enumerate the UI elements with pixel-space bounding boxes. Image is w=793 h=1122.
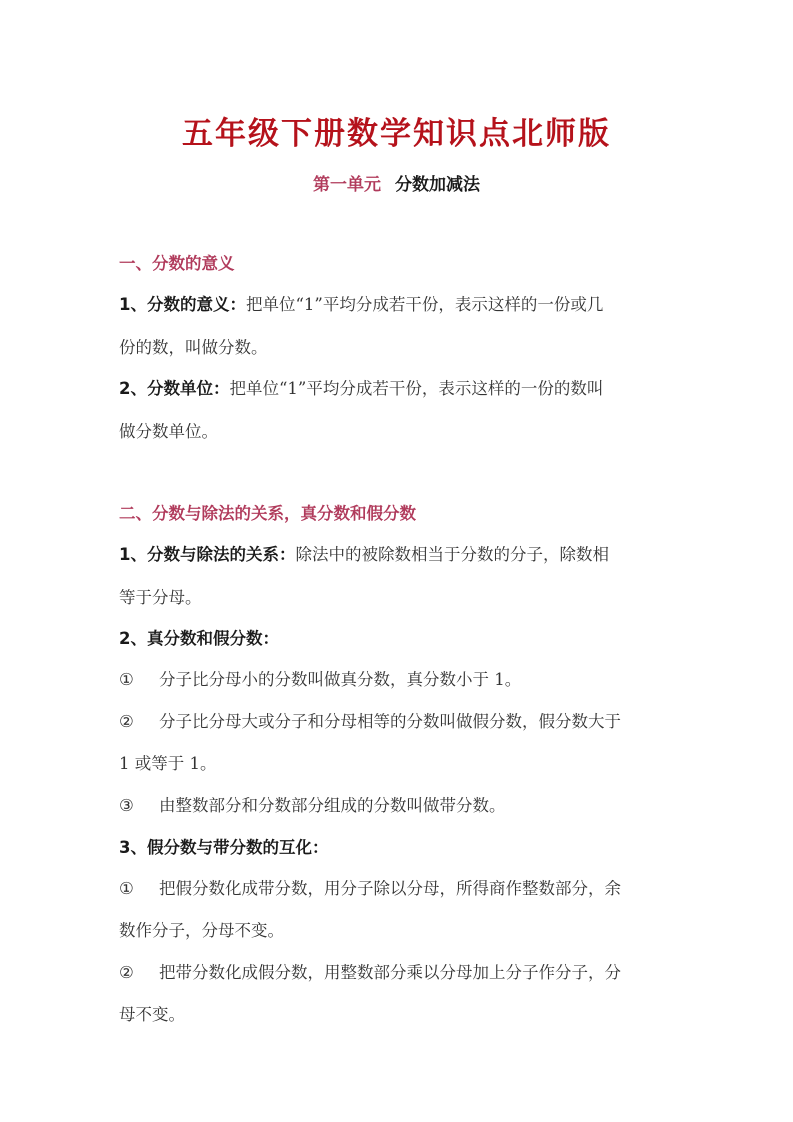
document-title: 五年级下册数学知识点北师版 (0, 108, 793, 153)
document-page: 五年级下册数学知识点北师版 第一单元分数加减法 一、分数的意义 1、分数的意义：… (0, 0, 793, 1122)
definition-text: 把单位“1”平均分成若干份，表示这样的一份的数叫 (229, 379, 603, 398)
definition-continuation: 做分数单位。 (119, 420, 679, 444)
point-text: 把假分数化成带分数，用分子除以分母，所得商作整数部分，余 (159, 879, 621, 898)
circled-number-marker: ② (119, 961, 159, 985)
list-point: ①把假分数化成带分数，用分子除以分母，所得商作整数部分，余 (119, 877, 679, 901)
point-continuation: 母不变。 (119, 1003, 679, 1027)
section-heading-2: 二、分数与除法的关系，真分数和假分数 (119, 502, 679, 526)
point-text: 分子比分母大或分子和分母相等的分数叫做假分数，假分数大于 (159, 712, 621, 731)
definition-text: 把单位“1”平均分成若干份，表示这样的一份或几 (246, 295, 603, 314)
term-label: 2、真分数和假分数： (119, 627, 679, 651)
list-point: ②把带分数化成假分数，用整数部分乘以分母加上分子作分子，分 (119, 961, 679, 985)
unit-topic: 分数加减法 (395, 175, 480, 195)
definition-line: 1、分数的意义：把单位“1”平均分成若干份，表示这样的一份或几 (119, 293, 679, 317)
term-label: 3、假分数与带分数的互化： (119, 836, 679, 860)
circled-number-marker: ③ (119, 794, 159, 818)
point-text: 由整数部分和分数部分组成的分数叫做带分数。 (159, 796, 506, 815)
term-label: 1、分数的意义： (119, 295, 246, 314)
term-label: 2、分数单位： (119, 379, 229, 398)
circled-number-marker: ① (119, 877, 159, 901)
section-heading-1: 一、分数的意义 (119, 252, 679, 276)
list-point: ①分子比分母小的分数叫做真分数，真分数小于 1。 (119, 668, 679, 692)
definition-continuation: 等于分母。 (119, 586, 679, 610)
definition-line: 2、分数单位：把单位“1”平均分成若干份，表示这样的一份的数叫 (119, 377, 679, 401)
point-text: 分子比分母小的分数叫做真分数，真分数小于 1。 (159, 670, 521, 689)
term-label: 1、分数与除法的关系： (119, 545, 295, 564)
unit-subtitle: 第一单元分数加减法 (0, 170, 793, 195)
definition-line: 1、分数与除法的关系：除法中的被除数相当于分数的分子，除数相 (119, 543, 679, 567)
list-point: ②分子比分母大或分子和分母相等的分数叫做假分数，假分数大于 (119, 710, 679, 734)
point-continuation: 数作分子，分母不变。 (119, 919, 679, 943)
definition-continuation: 份的数，叫做分数。 (119, 336, 679, 360)
list-point: ③由整数部分和分数部分组成的分数叫做带分数。 (119, 794, 679, 818)
definition-text: 除法中的被除数相当于分数的分子，除数相 (295, 545, 609, 564)
circled-number-marker: ② (119, 710, 159, 734)
circled-number-marker: ① (119, 668, 159, 692)
point-continuation: 1 或等于 1。 (119, 752, 679, 776)
unit-label: 第一单元 (313, 175, 381, 195)
point-text: 把带分数化成假分数，用整数部分乘以分母加上分子作分子，分 (159, 963, 621, 982)
